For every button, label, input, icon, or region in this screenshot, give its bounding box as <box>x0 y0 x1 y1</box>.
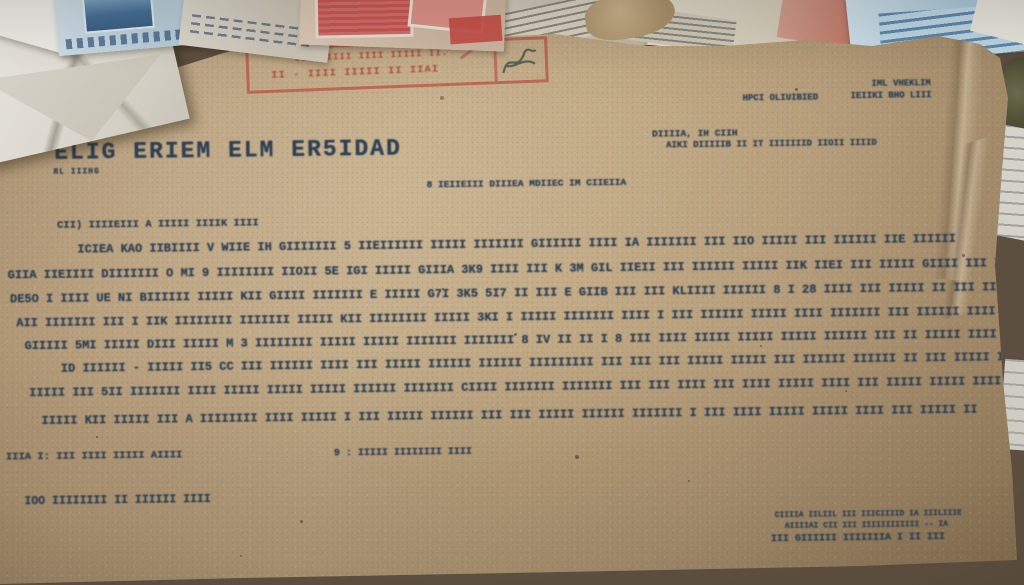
letterhead-title: ELIG ERIEM ELM ER5IDAD <box>54 136 402 166</box>
closing-line-right: 9 : IIIII IIIIIIII IIII <box>334 447 472 460</box>
subject-line: 8 IEIIEIII DIIIEA MDIIEC IM CIIEIIA <box>427 177 627 190</box>
postcard-print-rows <box>66 29 186 49</box>
body-line-1: ICIEA KAO IIBIIII V WIIE IH GIIIIIII 5 I… <box>77 232 961 257</box>
recipient-address-line: AIKI DIIIIIB II IT IIIIIIID IIOII IIIID <box>666 138 877 151</box>
body-line-3: DE5O I IIII UE NI BIIIIII IIIII KII GIII… <box>10 280 998 306</box>
letterhead-subtitle: RL IIIHG <box>53 167 100 177</box>
body-line-5: GIIIII 5MI IIIII DIII IIIII M 3 IIIIIIII… <box>24 327 1010 353</box>
salutation-line: CII) IIIIEIII A IIIII IIIIK IIII <box>57 217 259 231</box>
ref-number-line-2: IEIIKI BHO LIII <box>851 90 932 101</box>
body-line-8: IIIII KII IIIII III A IIIIIIII IIII IIII… <box>41 403 976 428</box>
enclosure-line: IOO IIIIIIII II IIIIII IIII <box>24 493 210 508</box>
blue-postcard <box>54 0 201 56</box>
red-postage-stamp <box>449 15 503 45</box>
postage-stamp-sheet <box>299 0 506 52</box>
signature-line-1: CIIIIA IILIIL III IIICIIIID IA IIILIIIE <box>775 509 962 520</box>
ref-number-line: IML VHEKLIM <box>871 78 931 89</box>
body-line-7: IIIII III 5II IIIIIII IIII IIIII IIIII I… <box>29 374 1009 400</box>
postcard-picture <box>84 0 153 32</box>
red-postage-stamp <box>318 0 411 35</box>
closing-line-left: IIIA I: III IIII IIIII AIIII <box>6 449 183 463</box>
signature-line-3: III GIIIIII IIIIIIIA I II III <box>771 532 945 545</box>
recipient-city-line: DIIIIA, IH CIIH <box>652 127 738 139</box>
body-line-4: AII IIIIIII III I IIK IIIIIIII IIIIIII I… <box>16 304 1008 330</box>
photo-scene: IIIIIIIII IIII IIIII II. II - IIII IIIII… <box>0 0 1024 585</box>
signature-line-2: AIIIIAI CII III IIIIIIIIIIII -- IA <box>785 520 948 531</box>
body-line-6: ID IIIIII - IIIII II5 CC III IIIIII IIII… <box>61 350 1009 376</box>
date-line: HPCI OLIUIBIED <box>743 92 819 103</box>
body-line-2: GIIA IIEIIII DIIIIIII O MI 9 IIIIIIII II… <box>8 256 1000 282</box>
printed-text-rows <box>189 14 311 50</box>
